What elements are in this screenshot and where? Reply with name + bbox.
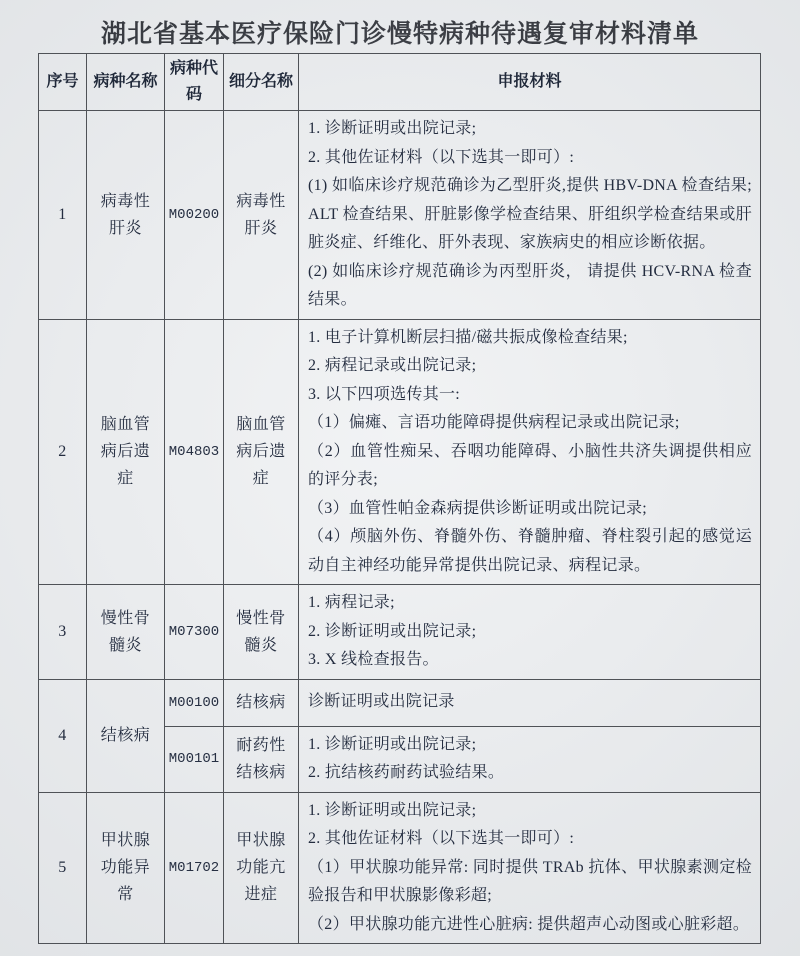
row3-index: 3: [39, 585, 87, 680]
material-item: 2. 病程记录或出院记录;: [308, 352, 752, 381]
material-item: 2. 其他佐证材料（以下选其一即可）:: [308, 825, 752, 854]
material-item: 3. X 线检查报告。: [308, 646, 752, 675]
page-background: { "title": "湖北省基本医疗保险门诊慢特病种待遇复审材料清单", "t…: [0, 0, 800, 956]
material-item: 2. 诊断证明或出院记录;: [308, 618, 752, 647]
header-index: 序号: [39, 54, 87, 111]
row2-subdivision-name: 脑血管病后遗症: [224, 319, 299, 585]
table-header-row: 序号 病种名称 病种代码 细分名称 申报材料: [39, 54, 761, 111]
row1-materials-cell: 1. 诊断证明或出院记录; 2. 其他佐证材料（以下选其一即可）: (1) 如临…: [299, 111, 761, 320]
row1-disease-name: 病毒性肝炎: [87, 111, 165, 320]
material-item: （1）偏瘫、言语功能障碍提供病程记录或出院记录;: [308, 409, 752, 438]
material-item: （1）甲状腺功能异常: 同时提供 TRAb 抗体、甲状腺素测定检验报告和甲状腺影…: [308, 854, 752, 911]
row5-materials-cell: 1. 诊断证明或出院记录; 2. 其他佐证材料（以下选其一即可）: （1）甲状腺…: [299, 792, 761, 944]
row4-disease-name: 结核病: [87, 679, 165, 792]
material-item: （4）颅脑外伤、脊髓外伤、脊髓肿瘤、脊柱裂引起的感觉运动自主神经功能异常提供出院…: [308, 523, 752, 580]
material-item: (2) 如临床诊疗规范确诊为丙型肝炎， 请提供 HCV-RNA 检查结果。: [308, 258, 752, 315]
row5-index: 5: [39, 792, 87, 944]
material-item: 1. 病程记录;: [308, 589, 752, 618]
material-item: （3）血管性帕金森病提供诊断证明或出院记录;: [308, 495, 752, 524]
row5-disease-code: M01702: [165, 792, 224, 944]
row2-disease-code: M04803: [165, 319, 224, 585]
header-materials: 申报材料: [299, 54, 761, 111]
row1-disease-code: M00200: [165, 111, 224, 320]
material-item: 2. 抗结核药耐药试验结果。: [308, 759, 752, 788]
row1-index: 1: [39, 111, 87, 320]
row5-disease-name: 甲状腺功能异常: [87, 792, 165, 944]
material-item: 1. 电子计算机断层扫描/磁共振成像检查结果;: [308, 324, 752, 353]
row4a-subdivision-name: 结核病: [224, 679, 299, 726]
row3-materials-cell: 1. 病程记录; 2. 诊断证明或出院记录; 3. X 线检查报告。: [299, 585, 761, 680]
row2-materials-cell: 1. 电子计算机断层扫描/磁共振成像检查结果; 2. 病程记录或出院记录; 3.…: [299, 319, 761, 585]
row4b-subdivision-name: 耐药性结核病: [224, 726, 299, 792]
page-title: 湖北省基本医疗保险门诊慢特病种待遇复审材料清单: [0, 14, 800, 50]
header-disease-code: 病种代码: [165, 54, 224, 111]
row3-subdivision-name: 慢性骨髓炎: [224, 585, 299, 680]
material-item: 3. 以下四项选传其一:: [308, 381, 752, 410]
table-row: 2 脑血管病后遗症 M04803 脑血管病后遗症 1. 电子计算机断层扫描/磁共…: [39, 319, 761, 585]
material-item: 1. 诊断证明或出院记录;: [308, 797, 752, 826]
row4b-materials-cell: 1. 诊断证明或出院记录; 2. 抗结核药耐药试验结果。: [299, 726, 761, 792]
materials-table: 序号 病种名称 病种代码 细分名称 申报材料 1 病毒性肝炎 M00200 病毒…: [38, 53, 761, 944]
row3-disease-name: 慢性骨髓炎: [87, 585, 165, 680]
table-row: 3 慢性骨髓炎 M07300 慢性骨髓炎 1. 病程记录; 2. 诊断证明或出院…: [39, 585, 761, 680]
row2-index: 2: [39, 319, 87, 585]
row4b-disease-code: M00101: [165, 726, 224, 792]
row1-subdivision-name: 病毒性肝炎: [224, 111, 299, 320]
material-item: 诊断证明或出院记录: [308, 688, 752, 717]
header-disease-name: 病种名称: [87, 54, 165, 111]
row3-disease-code: M07300: [165, 585, 224, 680]
row4a-materials-cell: 诊断证明或出院记录: [299, 679, 761, 726]
table-row: 1 病毒性肝炎 M00200 病毒性肝炎 1. 诊断证明或出院记录; 2. 其他…: [39, 111, 761, 320]
row4a-disease-code: M00100: [165, 679, 224, 726]
table-row: 5 甲状腺功能异常 M01702 甲状腺功能亢进症 1. 诊断证明或出院记录; …: [39, 792, 761, 944]
material-item: 1. 诊断证明或出院记录;: [308, 115, 752, 144]
material-item: (1) 如临床诊疗规范确诊为乙型肝炎,提供 HBV-DNA 检查结果; ALT …: [308, 172, 752, 258]
header-subdivision-name: 细分名称: [224, 54, 299, 111]
material-item: 2. 其他佐证材料（以下选其一即可）:: [308, 144, 752, 173]
material-item: （2）血管性痴呆、吞咽功能障碍、小脑性共济失调提供相应的评分表;: [308, 438, 752, 495]
row2-disease-name: 脑血管病后遗症: [87, 319, 165, 585]
row4-index: 4: [39, 679, 87, 792]
table-row: 4 结核病 M00100 结核病 诊断证明或出院记录: [39, 679, 761, 726]
row5-subdivision-name: 甲状腺功能亢进症: [224, 792, 299, 944]
material-item: 1. 诊断证明或出院记录;: [308, 731, 752, 760]
material-item: （2）甲状腺功能亢进性心脏病: 提供超声心动图或心脏彩超。: [308, 911, 752, 940]
